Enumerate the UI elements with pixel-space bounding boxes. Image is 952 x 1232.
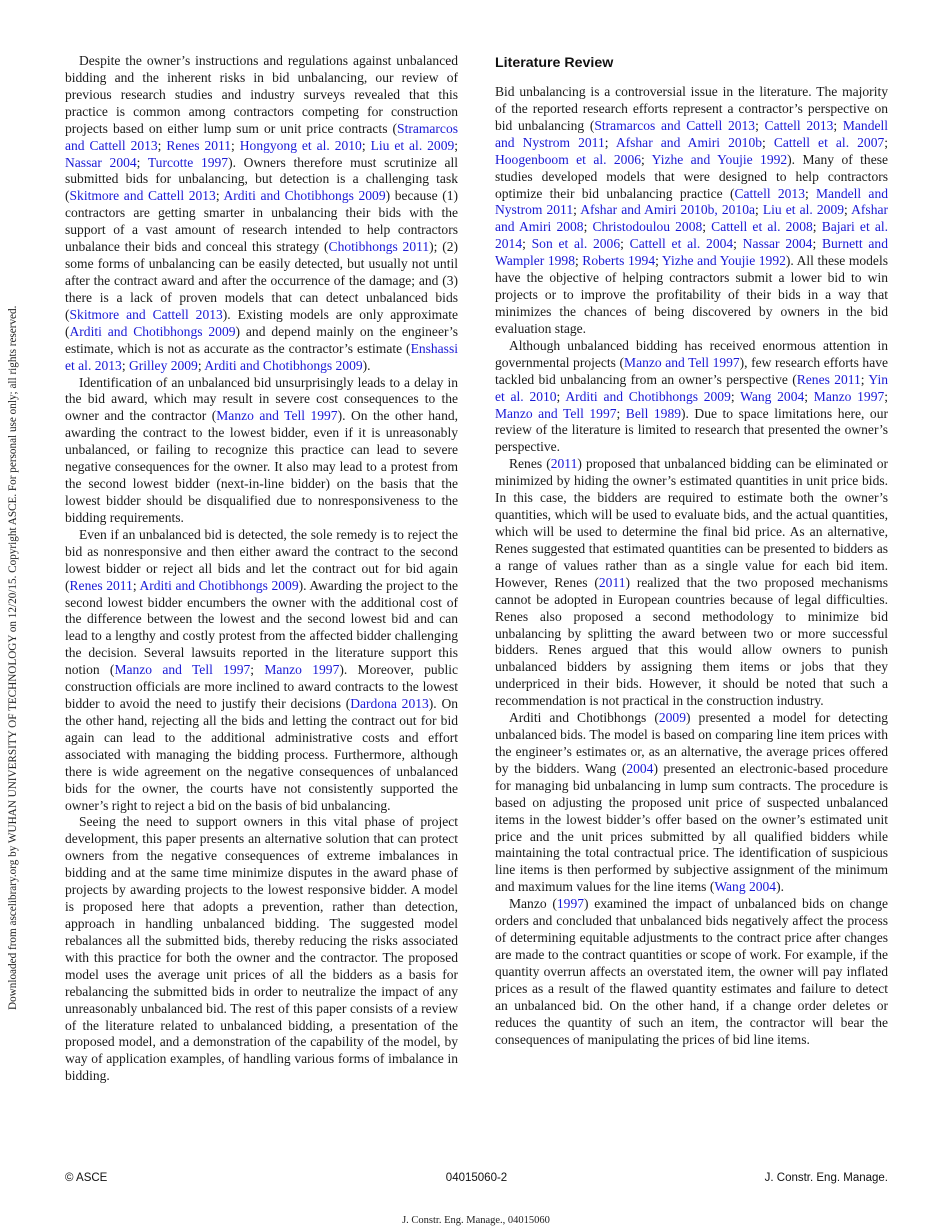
body-text: ;	[731, 389, 740, 404]
body-text: ).	[776, 879, 784, 894]
body-text: ;	[137, 155, 148, 170]
citation-link[interactable]: Skitmore and Cattell 2013	[70, 307, 223, 322]
citation-link[interactable]: 2011	[551, 456, 578, 471]
paragraph: Bid unbalancing is a controversial issue…	[495, 84, 888, 338]
citation-link[interactable]: Arditi and Chotibhongs 2009	[70, 324, 236, 339]
body-text: ;	[733, 236, 743, 251]
body-text: ;	[884, 389, 888, 404]
citation-link[interactable]: Afshar and Amiri 2010b, 2010a	[580, 202, 755, 217]
body-text: ) examined the impact of unbalanced bids…	[495, 896, 888, 1046]
citation-link[interactable]: Manzo and Tell 1997	[216, 408, 337, 423]
paragraph: Renes (2011) proposed that unbalanced bi…	[495, 456, 888, 710]
journal-name: J. Constr. Eng. Manage.	[765, 1172, 888, 1184]
citation-link[interactable]: Renes 2011	[797, 372, 861, 387]
body-text: ;	[620, 236, 630, 251]
citation-link[interactable]: Grilley 2009	[129, 358, 198, 373]
citation-link[interactable]: Cattell et al. 2004	[630, 236, 734, 251]
body-text: ;	[655, 253, 662, 268]
bottom-citation: J. Constr. Eng. Manage., 04015060	[0, 1215, 952, 1226]
body-text: ;	[804, 389, 814, 404]
citation-link[interactable]: Liu et al. 2009	[763, 202, 844, 217]
citation-link[interactable]: Wang 2004	[714, 879, 776, 894]
citation-link[interactable]: Skitmore and Cattell 2013	[70, 188, 216, 203]
left-column: Despite the owner’s instructions and reg…	[65, 53, 458, 1085]
citation-link[interactable]: Yizhe and Youjie 1992	[662, 253, 786, 268]
citation-link[interactable]: Manzo and Tell 1997	[495, 406, 617, 421]
body-text: ;	[250, 662, 264, 677]
citation-link[interactable]: Turcotte 1997	[148, 155, 228, 170]
citation-link[interactable]: Manzo and Tell 1997	[624, 355, 740, 370]
citation-link[interactable]: Hoogenboom et al. 2006	[495, 152, 641, 167]
citation-link[interactable]: Arditi and Chotibhongs 2009	[139, 578, 298, 593]
body-text: ;	[755, 202, 763, 217]
citation-link[interactable]: Yizhe and Youjie 1992	[652, 152, 787, 167]
citation-link[interactable]: Renes 2011	[166, 138, 231, 153]
citation-link[interactable]: Arditi and Chotibhongs 2009	[565, 389, 731, 404]
citation-link[interactable]: Cattell et al. 2008	[711, 219, 813, 234]
body-text: ) realized that the two proposed mechani…	[495, 575, 888, 708]
citation-link[interactable]: Wang 2004	[740, 389, 804, 404]
body-text: ). On the other hand, awarding the contr…	[65, 408, 458, 525]
citation-link[interactable]: Hongyong et al. 2010	[240, 138, 362, 153]
citation-link[interactable]: 2011	[599, 575, 626, 590]
section-heading: Literature Review	[495, 54, 888, 72]
body-text: Arditi and Chotibhongs (	[509, 710, 659, 725]
citation-link[interactable]: Chotibhongs 2011	[329, 239, 430, 254]
citation-link[interactable]: Nassar 2004	[65, 155, 137, 170]
citation-link[interactable]: Arditi and Chotibhongs 2009	[204, 358, 362, 373]
paragraph: Seeing the need to support owners in thi…	[65, 814, 458, 1085]
body-text: ;	[813, 219, 822, 234]
body-text: ;	[522, 236, 532, 251]
citation-link[interactable]: Manzo and Tell 1997	[114, 662, 250, 677]
page-footer: © ASCE 04015060-2 J. Constr. Eng. Manage…	[65, 1172, 888, 1188]
citation-link[interactable]: Cattell 2013	[734, 186, 804, 201]
body-text: ;	[884, 135, 888, 150]
body-text: ;	[454, 138, 458, 153]
body-text: ;	[812, 236, 822, 251]
body-text: ) proposed that unbalanced bidding can b…	[495, 456, 888, 589]
citation-link[interactable]: Roberts 1994	[582, 253, 655, 268]
body-text: ;	[805, 186, 816, 201]
paragraph: Despite the owner’s instructions and reg…	[65, 53, 458, 375]
citation-link[interactable]: Stramarcos and Cattell 2013	[594, 118, 755, 133]
body-text: ;	[362, 138, 371, 153]
body-text: ;	[755, 118, 764, 133]
paragraph: Manzo (1997) examined the impact of unba…	[495, 896, 888, 1048]
body-text: ;	[231, 138, 240, 153]
body-text: ;	[605, 135, 616, 150]
body-text: ).	[363, 358, 371, 373]
right-column: Literature Review Bid unbalancing is a c…	[495, 53, 888, 1049]
citation-link[interactable]: Liu et al. 2009	[371, 138, 455, 153]
body-text: ;	[557, 389, 566, 404]
body-text: Renes (	[509, 456, 551, 471]
citation-link[interactable]: 2009	[659, 710, 686, 725]
citation-link[interactable]: Arditi and Chotibhongs 2009	[223, 188, 385, 203]
body-text: Seeing the need to support owners in thi…	[65, 814, 458, 1083]
body-text: ). On the other hand, rejecting all the …	[65, 696, 458, 813]
body-text: ;	[641, 152, 652, 167]
citation-link[interactable]: Cattell 2013	[765, 118, 834, 133]
body-text: Manzo (	[509, 896, 557, 911]
download-watermark-text: Downloaded from ascelibrary.org by WUHAN…	[4, 50, 22, 1010]
paragraph: Identification of an unbalanced bid unsu…	[65, 375, 458, 527]
paragraph: Although unbalanced bidding has received…	[495, 338, 888, 456]
citation-link[interactable]: Manzo 1997	[264, 662, 339, 677]
citation-link[interactable]: Renes 2011	[70, 578, 133, 593]
download-watermark: Downloaded from ascelibrary.org by WUHAN…	[2, 50, 20, 1010]
citation-link[interactable]: Dardona 2013	[350, 696, 429, 711]
body-text: ) presented an electronic-based procedur…	[495, 761, 888, 894]
citation-link[interactable]: 1997	[557, 896, 584, 911]
citation-link[interactable]: Cattell et al. 2007	[774, 135, 884, 150]
citation-link[interactable]: Manzo 1997	[814, 389, 884, 404]
body-text: ;	[762, 135, 774, 150]
body-text: ;	[833, 118, 842, 133]
body-text: ;	[122, 358, 129, 373]
body-text: ;	[702, 219, 711, 234]
paragraph: Even if an unbalanced bid is detected, t…	[65, 527, 458, 815]
citation-link[interactable]: 2004	[626, 761, 653, 776]
citation-link[interactable]: Christodoulou 2008	[592, 219, 702, 234]
citation-link[interactable]: Nassar 2004	[743, 236, 813, 251]
paragraph: Arditi and Chotibhongs (2009) presented …	[495, 710, 888, 896]
citation-link[interactable]: Bell 1989	[626, 406, 681, 421]
body-text: ;	[617, 406, 626, 421]
citation-link[interactable]: Son et al. 2006	[532, 236, 620, 251]
citation-link[interactable]: Afshar and Amiri 2010b	[616, 135, 762, 150]
